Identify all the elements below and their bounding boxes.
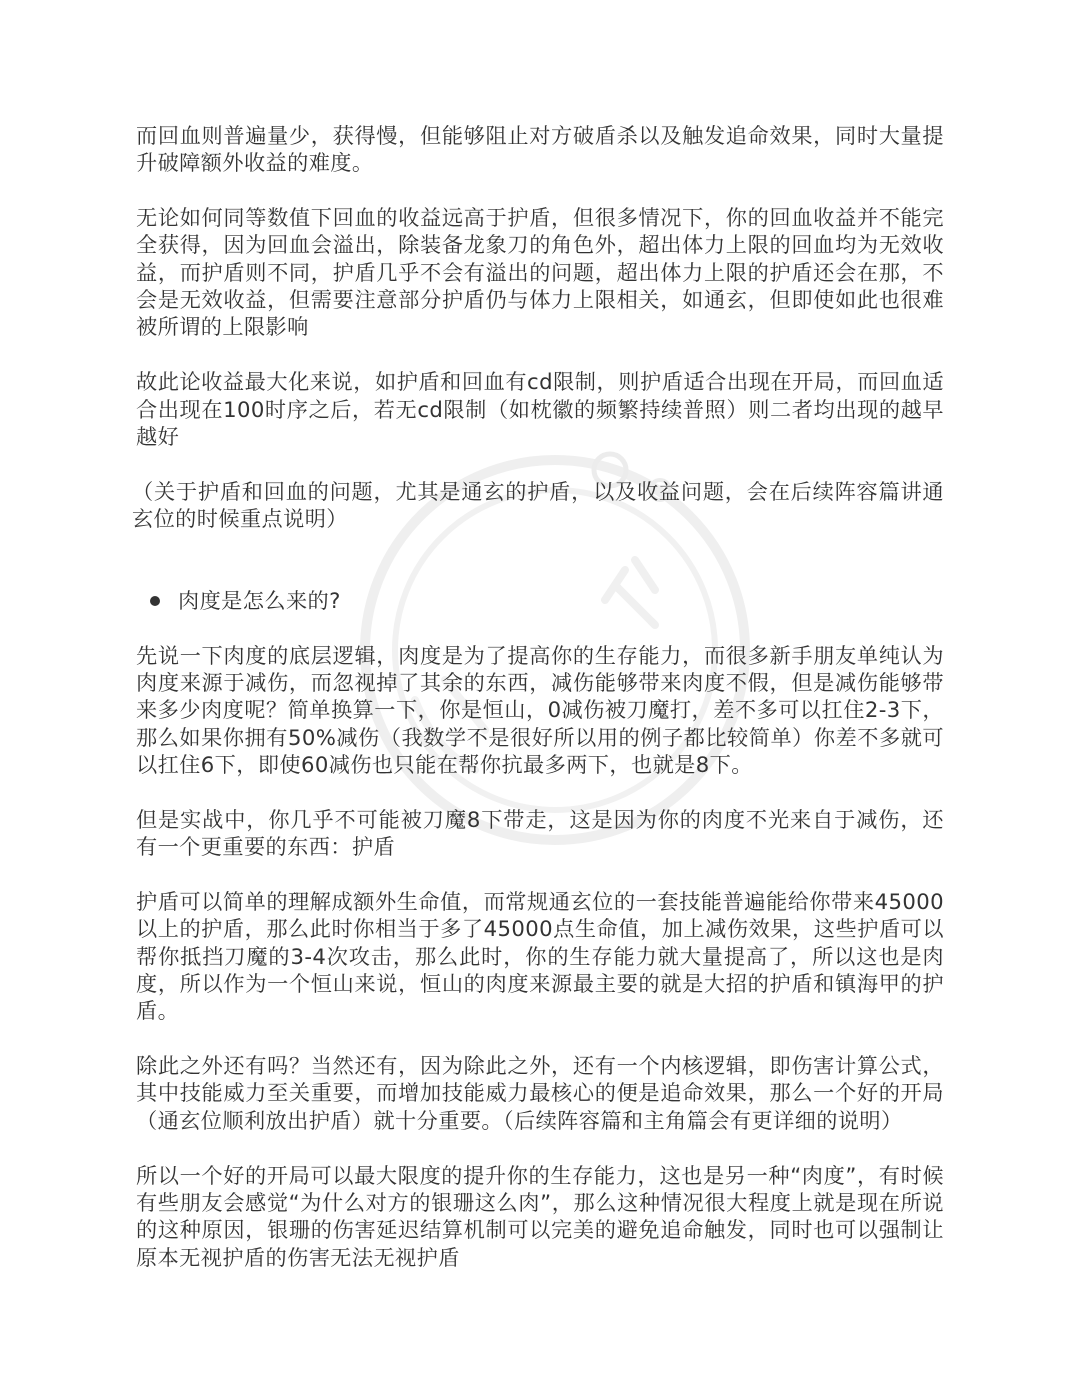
paragraph-healing-vs-shield-intro: 而回血则普遍量少，获得慢，但能够阻止对方破盾杀以及触发追命效果，同时大量提升破障… [136,122,944,177]
article-body: 而回血则普遍量少，获得慢，但能够阻止对方破盾杀以及触发追命效果，同时大量提升破障… [136,122,944,1298]
bullet-heading: 肉度是怎么来的? [136,587,944,614]
bullet-heading-text: 肉度是怎么来的? [178,587,341,614]
paragraph-good-opening: 所以一个好的开局可以最大限度的提升你的生存能力，这也是另一种“肉度”，有时候有些… [136,1162,944,1271]
paragraph-tankiness-logic: 先说一下肉度的底层逻辑，肉度是为了提高你的生存能力，而很多新手朋友单纯认为肉度来… [136,642,944,778]
paragraph-shield-as-hp: 护盾可以简单的理解成额外生命值，而常规通玄位的一套技能普遍能给你带来45000以… [136,888,944,1024]
paragraph-cd-timing: 故此论收益最大化来说，如护盾和回血有cd限制，则护盾适合出现在开局，而回血适合出… [136,368,944,450]
section-spacer [136,560,944,587]
paragraph-damage-formula: 除此之外还有吗？当然还有，因为除此之外，还有一个内核逻辑，即伤害计算公式，其中技… [136,1052,944,1134]
paragraph-note-tongxuan: （关于护盾和回血的问题，尤其是通玄的护盾，以及收益问题，会在后续阵容篇讲通玄位的… [132,478,944,533]
bullet-dot-icon [150,596,160,606]
paragraph-healing-overflow: 无论如何同等数值下回血的收益远高于护盾，但很多情况下，你的回血收益并不能完全获得… [136,204,944,340]
paragraph-shield-importance: 但是实战中，你几乎不可能被刀魔8下带走，这是因为你的肉度不光来自于减伤，还有一个… [136,806,944,861]
